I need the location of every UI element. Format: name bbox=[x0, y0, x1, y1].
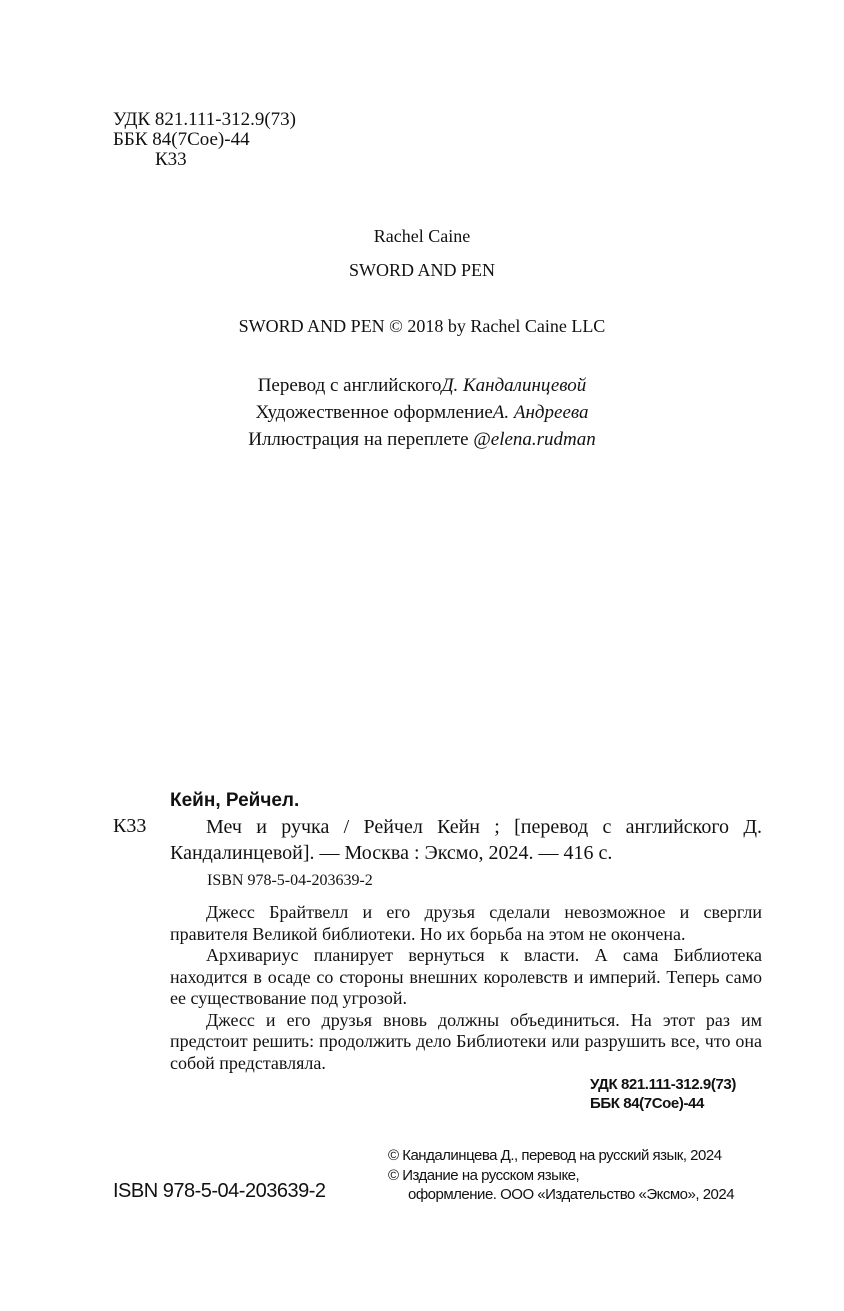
classification-block-top: УДК 821.111-312.9(73) ББК 84(7Сое)-44 К3… bbox=[113, 110, 296, 170]
credit-illustration: Иллюстрация на переплете @elena.rudman bbox=[0, 426, 844, 453]
copyright-line: © Издание на русском языке, bbox=[388, 1166, 734, 1186]
bibliographic-author-mark: К33 bbox=[113, 815, 146, 838]
annotation-paragraph: Джесс Брайтвелл и его друзья сделали нев… bbox=[170, 902, 762, 945]
udk-code: УДК 821.111-312.9(73) bbox=[590, 1075, 736, 1094]
credit-design: Художественное оформлениеА. Андреева bbox=[0, 399, 844, 426]
annotation-paragraph: Архивариус планирует вернуться к власти.… bbox=[170, 945, 762, 1010]
copyright-line: оформление. ООО «Издательство «Эксмо», 2… bbox=[388, 1185, 734, 1205]
bbk-code: ББК 84(7Сое)-44 bbox=[590, 1094, 736, 1113]
author-mark: К33 bbox=[113, 150, 296, 170]
original-title: SWORD AND PEN bbox=[0, 260, 844, 281]
bibliographic-record: Меч и ручка / Рейчел Кейн ; [перевод с а… bbox=[170, 814, 762, 866]
bibliographic-isbn: ISBN 978-5-04-203639-2 bbox=[207, 872, 373, 890]
copyright-block: © Кандалинцева Д., перевод на русский яз… bbox=[388, 1146, 734, 1205]
designer-name: А. Андреева bbox=[493, 402, 589, 423]
credit-translation: Перевод с английскогоД. Кандалинцевой bbox=[0, 372, 844, 399]
illustrator-name: @elena.rudman bbox=[473, 429, 596, 450]
copyright-line: © Кандалинцева Д., перевод на русский яз… bbox=[388, 1146, 734, 1166]
original-author: Rachel Caine bbox=[0, 226, 844, 247]
bibliographic-author-heading: Кейн, Рейчел. bbox=[170, 790, 299, 812]
bbk-code: ББК 84(7Сое)-44 bbox=[113, 130, 296, 150]
footer-isbn: ISBN 978-5-04-203639-2 bbox=[113, 1180, 325, 1203]
annotation-paragraph: Джесс и его друзья вновь должны объедини… bbox=[170, 1010, 762, 1075]
credits-block: Перевод с английскогоД. Кандалинцевой Ху… bbox=[0, 372, 844, 453]
original-copyright: SWORD AND PEN © 2018 by Rachel Caine LLC bbox=[0, 316, 844, 337]
annotation: Джесс Брайтвелл и его друзья сделали нев… bbox=[170, 902, 762, 1074]
udk-code: УДК 821.111-312.9(73) bbox=[113, 110, 296, 130]
translator-name: Д. Кандалинцевой bbox=[441, 375, 586, 396]
classification-block-bottom: УДК 821.111-312.9(73) ББК 84(7Сое)-44 bbox=[590, 1075, 736, 1113]
